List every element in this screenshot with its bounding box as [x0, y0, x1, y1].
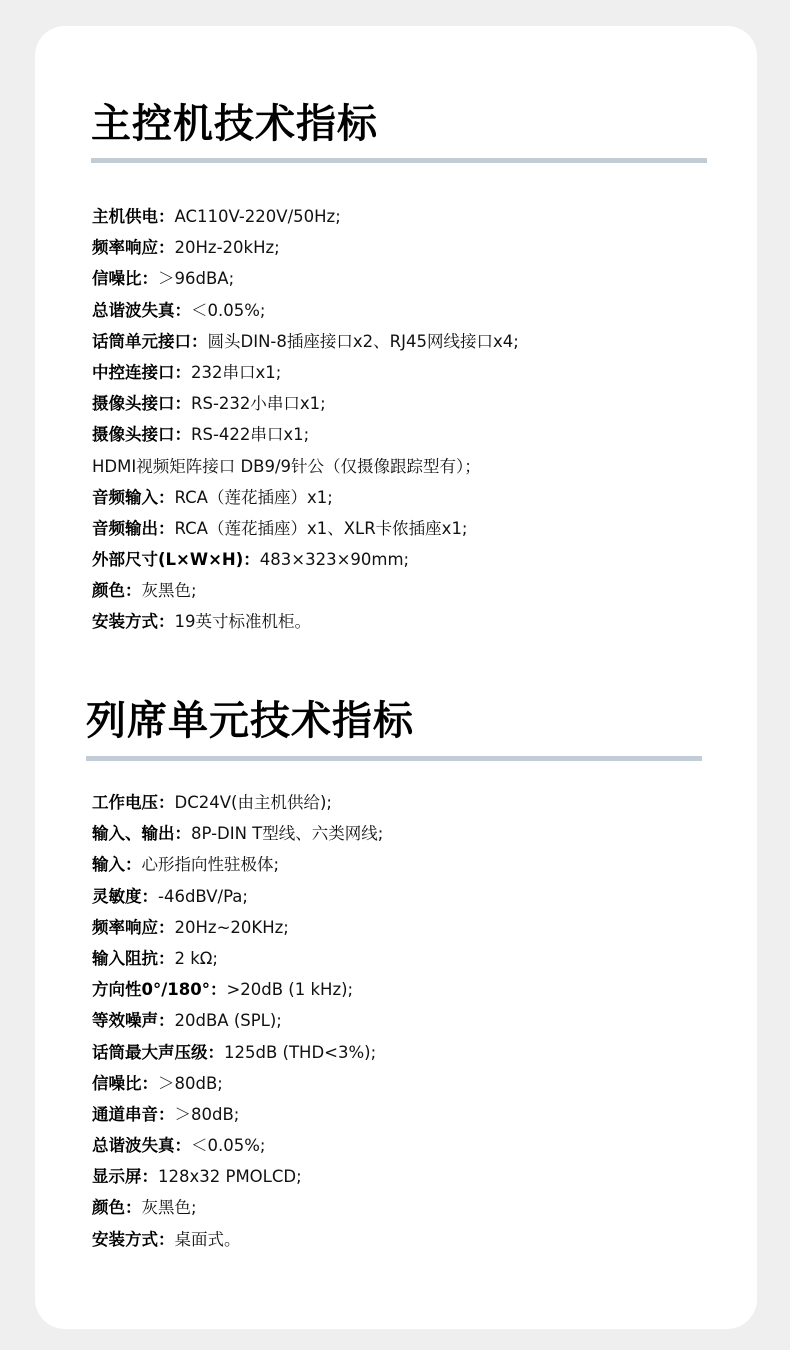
spec-value: 232串口x1;	[191, 363, 281, 382]
spec-value: AC110V-220V/50Hz;	[175, 207, 341, 226]
spec-label: 频率响应：	[92, 918, 175, 937]
section-title-delegate-unit: 列席单元技术指标	[86, 697, 414, 745]
spec-row: 信噪比：＞80dB;	[92, 1068, 383, 1099]
spec-label: 中控连接口：	[92, 363, 191, 382]
spec-row: 信噪比：＞96dBA;	[92, 263, 519, 294]
spec-value: 20Hz-20kHz;	[175, 238, 280, 257]
spec-value: ＞96dBA;	[158, 269, 234, 288]
spec-row: 输入：心形指向性驻极体;	[92, 849, 383, 880]
spec-value: >20dB (1 kHz);	[226, 980, 353, 999]
spec-value: 483×323×90mm;	[260, 550, 409, 569]
spec-label: 灵敏度：	[92, 887, 158, 906]
spec-value: RS-422串口x1;	[191, 425, 309, 444]
spec-value: RCA（莲花插座）x1、XLR卡侬插座x1;	[175, 519, 468, 538]
spec-label: 摄像头接口：	[92, 394, 191, 413]
spec-value: 125dB (THD<3%);	[224, 1043, 376, 1062]
spec-row: 颜色：灰黑色;	[92, 1192, 383, 1223]
spec-label: 信噪比：	[92, 269, 158, 288]
spec-label: 输入：	[92, 855, 142, 874]
spec-row: 摄像头接口：RS-422串口x1;	[92, 419, 519, 450]
spec-row: 话筒单元接口：圆头DIN-8插座接口x2、RJ45网线接口x4;	[92, 326, 519, 357]
spec-row: 输入阻抗：2 kΩ;	[92, 943, 383, 974]
spec-label: 通道串音：	[92, 1105, 175, 1124]
spec-label: 音频输入：	[92, 488, 175, 507]
spec-label: 安装方式：	[92, 1230, 175, 1249]
spec-value: 128x32 PMOLCD;	[158, 1167, 302, 1186]
spec-row: HDMI视频矩阵接口 DB9/9针公（仅摄像跟踪型有）；	[92, 451, 519, 482]
spec-label: 方向性0°/180°：	[92, 980, 226, 999]
spec-label: 工作电压：	[92, 793, 175, 812]
spec-row: 安装方式：桌面式。	[92, 1224, 383, 1255]
spec-value: 灰黑色;	[142, 581, 197, 600]
spec-row: 显示屏：128x32 PMOLCD;	[92, 1161, 383, 1192]
spec-label: 总谐波失真：	[92, 1136, 191, 1155]
spec-label: 颜色：	[92, 1198, 142, 1217]
spec-label: 外部尺寸(L×W×H)：	[92, 550, 260, 569]
spec-row: 工作电压：DC24V(由主机供给);	[92, 787, 383, 818]
spec-row: 外部尺寸(L×W×H)：483×323×90mm;	[92, 544, 519, 575]
spec-card: 主控机技术指标 主机供电：AC110V-220V/50Hz; 频率响应：20Hz…	[35, 26, 757, 1329]
spec-value: ＜0.05%;	[191, 301, 265, 320]
spec-value: DC24V(由主机供给);	[175, 793, 332, 812]
spec-value: RCA（莲花插座）x1;	[175, 488, 333, 507]
section-title-main-controller: 主控机技术指标	[91, 100, 378, 148]
spec-row: 音频输出：RCA（莲花插座）x1、XLR卡侬插座x1;	[92, 513, 519, 544]
spec-label: 输入、输出：	[92, 824, 191, 843]
spec-value: 20dBA (SPL);	[175, 1011, 282, 1030]
spec-row: 频率响应：20Hz-20kHz;	[92, 232, 519, 263]
spec-value: 20Hz~20KHz;	[175, 918, 289, 937]
spec-row: 总谐波失真：＜0.05%;	[92, 1130, 383, 1161]
spec-row: 等效噪声：20dBA (SPL);	[92, 1005, 383, 1036]
spec-row: 话筒最大声压级：125dB (THD<3%);	[92, 1037, 383, 1068]
spec-label: 颜色：	[92, 581, 142, 600]
spec-label: 摄像头接口：	[92, 425, 191, 444]
spec-value: RS-232小串口x1;	[191, 394, 326, 413]
spec-row: 中控连接口：232串口x1;	[92, 357, 519, 388]
spec-value: 心形指向性驻极体;	[142, 855, 280, 874]
spec-value: 灰黑色;	[142, 1198, 197, 1217]
spec-label: 频率响应：	[92, 238, 175, 257]
spec-list-delegate-unit: 工作电压：DC24V(由主机供给); 输入、输出：8P-DIN T型线、六类网线…	[92, 787, 383, 1255]
spec-value: 圆头DIN-8插座接口x2、RJ45网线接口x4;	[208, 332, 519, 351]
spec-row: 输入、输出：8P-DIN T型线、六类网线;	[92, 818, 383, 849]
title-underline-bar	[91, 158, 707, 163]
spec-label: 话筒单元接口：	[92, 332, 208, 351]
spec-row: 颜色：灰黑色;	[92, 575, 519, 606]
spec-value: 8P-DIN T型线、六类网线;	[191, 824, 383, 843]
spec-row: 音频输入：RCA（莲花插座）x1;	[92, 482, 519, 513]
spec-value: 19英寸标准机柜。	[175, 612, 312, 631]
spec-list-main-controller: 主机供电：AC110V-220V/50Hz; 频率响应：20Hz-20kHz; …	[92, 201, 519, 638]
spec-row: 通道串音：＞80dB;	[92, 1099, 383, 1130]
spec-value: ＜0.05%;	[191, 1136, 265, 1155]
title-underline-bar	[86, 756, 702, 761]
spec-label: 音频输出：	[92, 519, 175, 538]
spec-label: 输入阻抗：	[92, 949, 175, 968]
spec-row: 摄像头接口：RS-232小串口x1;	[92, 388, 519, 419]
spec-label: 主机供电：	[92, 207, 175, 226]
spec-value: ＞80dB;	[175, 1105, 240, 1124]
spec-row: 灵敏度：-46dBV/Pa;	[92, 881, 383, 912]
spec-row: 方向性0°/180°：>20dB (1 kHz);	[92, 974, 383, 1005]
spec-label: 安装方式：	[92, 612, 175, 631]
spec-row: 主机供电：AC110V-220V/50Hz;	[92, 201, 519, 232]
spec-label: 话筒最大声压级：	[92, 1043, 224, 1062]
spec-row: 频率响应：20Hz~20KHz;	[92, 912, 383, 943]
spec-label: 信噪比：	[92, 1074, 158, 1093]
spec-value: HDMI视频矩阵接口 DB9/9针公（仅摄像跟踪型有）；	[92, 457, 481, 476]
spec-value: 2 kΩ;	[175, 949, 218, 968]
spec-value: -46dBV/Pa;	[158, 887, 248, 906]
spec-value: ＞80dB;	[158, 1074, 223, 1093]
spec-row: 总谐波失真：＜0.05%;	[92, 295, 519, 326]
spec-label: 显示屏：	[92, 1167, 158, 1186]
spec-label: 等效噪声：	[92, 1011, 175, 1030]
spec-row: 安装方式：19英寸标准机柜。	[92, 606, 519, 637]
spec-value: 桌面式。	[175, 1230, 241, 1249]
spec-label: 总谐波失真：	[92, 301, 191, 320]
